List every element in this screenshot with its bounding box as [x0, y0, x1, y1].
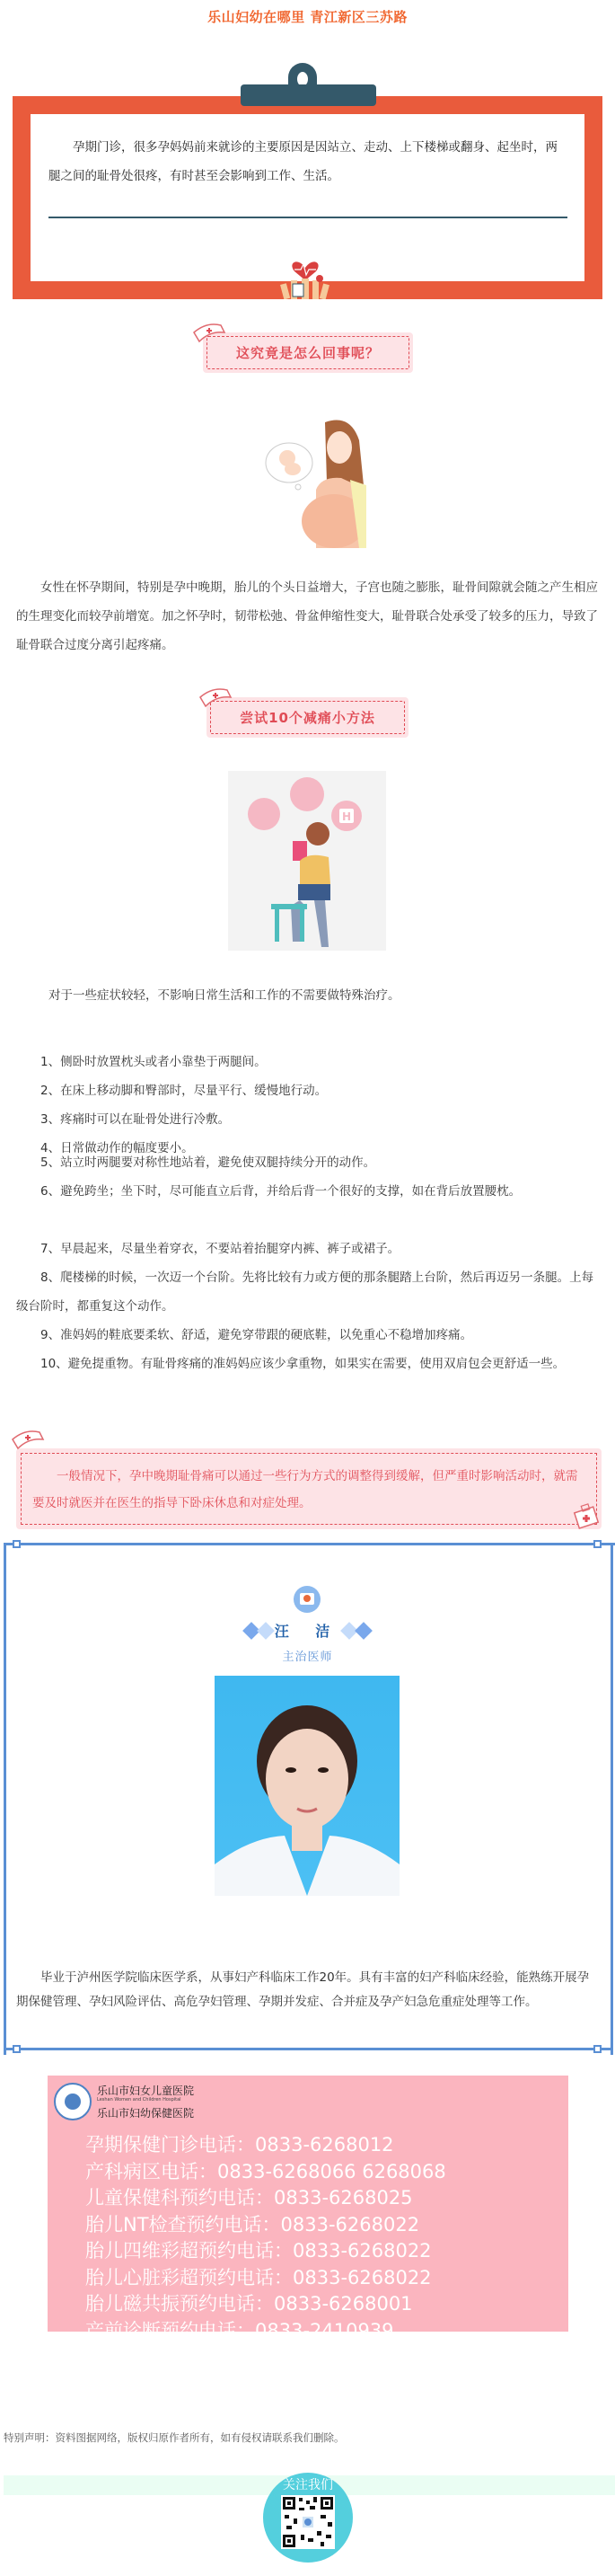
advice-callout-text: 一般情况下，孕中晚期耻骨痛可以通过一些行为方式的调整得到缓解，但严重时影响活动时…	[21, 1453, 597, 1525]
phone-item: 胎儿心脏彩超预约电话：0833-6268022	[85, 2265, 552, 2292]
tip-item: 6、避免跨坐；坐下时，尽可能直立后背，并给后背一个很好的支撑，如在背后放置腰枕。	[16, 1177, 600, 1206]
doctor-title: 主治医师	[0, 1647, 615, 1664]
hospital-name-en: Leshan Women and Children Hospital	[97, 2097, 181, 2102]
phone-item: 胎儿磁共振预约电话：0833-6268001	[85, 2291, 552, 2318]
phone-item: 胎儿四维彩超预约电话：0833-6268022	[85, 2238, 552, 2265]
phone-item: 口腔科预约电话：0833-6268016	[85, 2344, 552, 2371]
section-heading-label: 尝试10个减痛小方法	[210, 701, 405, 734]
tip-item: 10、避免提重物。有耻骨疼痛的准妈妈应该少拿重物，如果实在需要，使用双肩包会更舒…	[16, 1350, 600, 1378]
pregnant-woman-illustration	[260, 404, 368, 548]
intro-paragraph: 孕期门诊，很多孕妈妈前来就诊的主要原因是因站立、走动、上下楼梯或翻身、起坐时，两…	[48, 133, 569, 190]
phone-item: 孕期保健门诊电话：0833-6268012	[85, 2132, 552, 2159]
hospital-logo-mark	[65, 2094, 81, 2110]
disclaimer: 特别声明：资料图据网络，版权归原作者所有，如有侵权请联系我们删除。	[4, 2430, 345, 2445]
divider	[48, 217, 567, 218]
tip-item: 9、准妈妈的鞋底要柔软、舒适，避免穿带跟的硬底鞋，以免重心不稳增加疼痛。	[16, 1321, 600, 1350]
tip-item: 8、爬楼梯的时候，一次迈一个台阶。先将比较有力或方便的那条腿踏上台阶，然后再迈另…	[16, 1263, 600, 1321]
nurse-cap-icon	[9, 1427, 47, 1454]
first-aid-kit-icon	[573, 1500, 602, 1529]
pregnant-woman-reading-illustration: H	[228, 771, 386, 951]
doctor-photo	[215, 1676, 400, 1896]
card-corner-square	[13, 1540, 21, 1548]
phone-item: 儿童保健科预约电话：0833-6268025	[85, 2185, 552, 2212]
follow-us-label: 关注我们	[263, 2475, 353, 2493]
phone-item: 胎儿NT检查预约电话：0833-6268022	[85, 2212, 552, 2239]
svg-text:H: H	[342, 810, 351, 823]
section-heading-label: 这究竟是怎么回事呢？	[206, 336, 409, 369]
section-heading-tips: 尝试10个减痛小方法	[206, 697, 409, 738]
nurse-cap-icon	[190, 320, 228, 347]
tip-item: 5、站立时两腿要对称性地站着，避免使双腿持续分开的动作。	[16, 1148, 600, 1177]
doctor-name: 汪 洁	[0, 1620, 615, 1641]
clipboard-clip-bar	[241, 84, 376, 106]
tip-item: 2、在床上移动脚和臀部时，尽量平行、缓慢地行动。	[16, 1076, 600, 1105]
phone-item: 产前诊断预约电话：0833-2410939	[85, 2318, 552, 2345]
qr-code-icon[interactable]	[281, 2495, 335, 2549]
nurse-cap-icon	[197, 685, 234, 712]
page-title: 乐山妇幼在哪里 青江新区三苏路	[0, 7, 615, 26]
cause-paragraph: 女性在怀孕期间，特别是孕中晚期，胎儿的个头日益增大，子宫也随之膨胀，耻骨间隙就会…	[16, 573, 600, 659]
doctor-bio: 毕业于泸州医学院临床医学系，从事妇产科临床工作20年。具有丰富的妇产科临床经验，…	[16, 1966, 600, 2014]
doctor-portrait-image	[215, 1676, 400, 1896]
card-corner-square	[593, 1540, 602, 1548]
hospital-name-alt: 乐山市妇幼保健医院	[97, 2105, 194, 2120]
advice-callout: 一般情况下，孕中晚期耻骨痛可以通过一些行为方式的调整得到缓解，但严重时影响活动时…	[16, 1448, 602, 1529]
card-corner-square	[593, 2045, 602, 2053]
card-border-bottom	[4, 2048, 613, 2050]
medical-cross-icon	[303, 1595, 311, 1602]
tips-intro: 对于一些症状较轻，不影响日常生活和工作的不需要做特殊治疗。	[16, 981, 600, 1010]
tip-item: 7、早晨起来，尽量坐着穿衣，不要站着抬腿穿内裤、裤子或裙子。	[16, 1235, 600, 1263]
phone-list: 孕期保健门诊电话：0833-6268012 产科病区电话：0833-626806…	[85, 2132, 552, 2371]
section-heading-why: 这究竟是怎么回事呢？	[203, 332, 413, 373]
phone-item: 产科病区电话：0833-6268066 6268068	[85, 2159, 552, 2186]
hospital-name: 乐山市妇女儿童医院	[97, 2083, 194, 2098]
card-border-top	[4, 1543, 615, 1545]
heart-hands-icon	[260, 252, 350, 299]
tip-item: 1、侧卧时放置枕头或者小靠垫于两腿间。	[16, 1048, 600, 1076]
card-corner-square	[13, 2045, 21, 2053]
tip-item: 3、疼痛时可以在耻骨处进行冷敷。	[16, 1105, 600, 1134]
